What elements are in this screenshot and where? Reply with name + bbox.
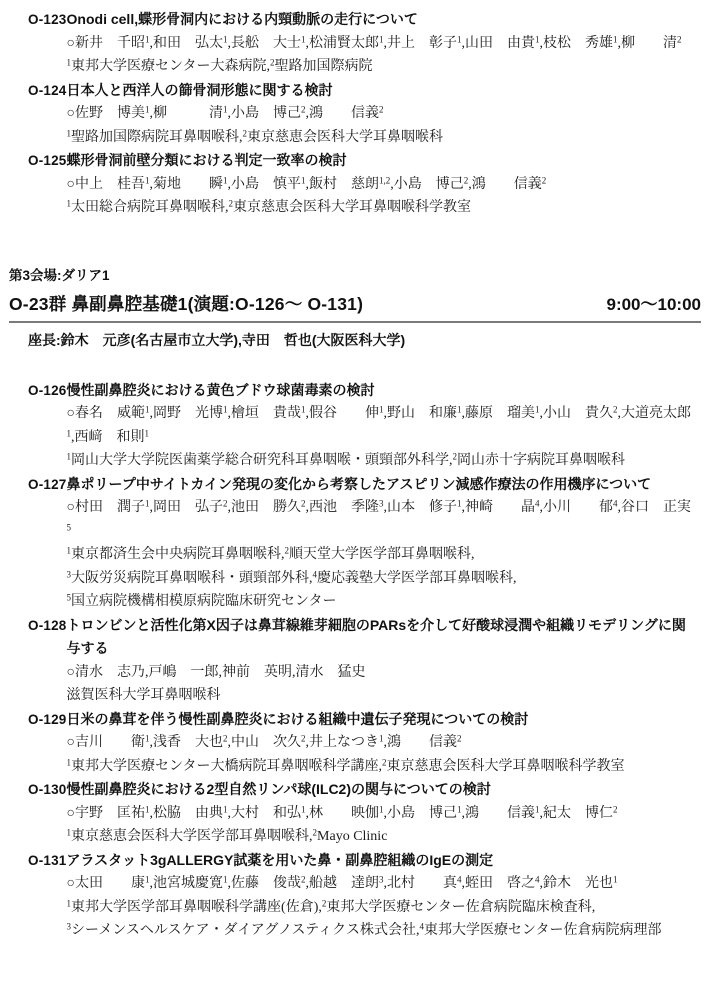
abstract-entry: O-129 日米の鼻茸を伴う慢性副鼻腔炎における組織中遺伝子発現についての検討 … bbox=[28, 708, 694, 779]
abstract-id: O-126 bbox=[28, 379, 67, 403]
abstract-entry: O-124 日本人と西洋人の篩骨洞形態に関する検討 ○佐野 博美1,柳 清1,小… bbox=[28, 79, 694, 150]
abstract-affiliations: 1東邦大学医療センター大橋病院耳鼻咽喉科学講座,2東京慈恵会医科大学耳鼻咽喉科学… bbox=[67, 755, 694, 779]
abstract-entry: O-130 慢性副鼻腔炎における2型自然リンパ球(ILC2)の関与についての検討… bbox=[28, 778, 694, 849]
abstract-authors: ○春名 威範1,岡野 光博1,檜垣 貴哉1,假谷 伸1,野山 和廉1,藤原 瑠美… bbox=[67, 402, 694, 449]
abstract-affiliations: 1東京慈恵会医科大学医学部耳鼻咽喉科,2Mayo Clinic bbox=[67, 825, 694, 849]
abstract-entry: O-123 Onodi cell,蝶形骨洞内における内頸動脈の走行について ○新… bbox=[28, 8, 694, 79]
abstract-affiliations: 1東邦大学医療センター大森病院,2聖路加国際病院 bbox=[67, 55, 694, 79]
abstract-authors: ○太田 康1,池宮城慶寛1,佐藤 俊哉2,船越 達朗3,北村 真4,蛭田 啓之4… bbox=[67, 872, 694, 896]
abstract-title: トロンビンと活性化第X因子は鼻茸線維芽細胞のPARsを介して好酸球浸潤や組織リモ… bbox=[67, 614, 694, 661]
abstract-authors: ○吉川 衛1,浅香 大也2,中山 次久2,井上なつき1,鴻 信義2 bbox=[67, 731, 694, 755]
affiliation-line: 1聖路加国際病院耳鼻咽喉科,2東京慈恵会医科大学耳鼻咽喉科 bbox=[67, 126, 694, 150]
affiliation-line: 滋賀医科大学耳鼻咽喉科 bbox=[67, 684, 694, 708]
abstract-entry: O-127 鼻ポリープ中サイトカイン発現の変化から考察したアスピリン減感作療法の… bbox=[28, 473, 694, 614]
session-venue: 第3会場:ダリア1 bbox=[9, 266, 701, 286]
abstract-affiliations: 1聖路加国際病院耳鼻咽喉科,2東京慈恵会医科大学耳鼻咽喉科 bbox=[67, 126, 694, 150]
abstract-title: 日本人と西洋人の篩骨洞形態に関する検討 bbox=[67, 79, 694, 103]
affiliation-line: 3大阪労災病院耳鼻咽喉科・頭頸部外科,4慶応義塾大学医学部耳鼻咽喉科, bbox=[67, 567, 694, 591]
abstract-affiliations: 1東京都済生会中央病院耳鼻咽喉科,2順天堂大学医学部耳鼻咽喉科,3大阪労災病院耳… bbox=[67, 543, 694, 614]
abstract-affiliations: 1太田総合病院耳鼻咽喉科,2東京慈恵会医科大学耳鼻咽喉科学教室 bbox=[67, 196, 694, 220]
abstract-body: 鼻ポリープ中サイトカイン発現の変化から考察したアスピリン減感作療法の作用機序につ… bbox=[67, 473, 694, 614]
abstract-list-top: O-123 Onodi cell,蝶形骨洞内における内頸動脈の走行について ○新… bbox=[0, 8, 710, 220]
abstract-entry: O-125 蝶形骨洞前壁分類における判定一致率の検討 ○中上 桂吾1,菊地 瞬1… bbox=[28, 149, 694, 220]
affiliation-line: 1岡山大学大学院医歯薬学総合研究科耳鼻咽喉・頭頸部外科学,2岡山赤十字病院耳鼻咽… bbox=[67, 449, 694, 473]
session-chairs: 座長:鈴木 元彦(名古屋市立大学),寺田 哲也(大阪医科大学) bbox=[9, 329, 701, 351]
abstract-body: 慢性副鼻腔炎における2型自然リンパ球(ILC2)の関与についての検討 ○宇野 匡… bbox=[67, 778, 694, 849]
abstract-title: Onodi cell,蝶形骨洞内における内頸動脈の走行について bbox=[67, 8, 694, 32]
abstract-body: 日本人と西洋人の篩骨洞形態に関する検討 ○佐野 博美1,柳 清1,小島 博己2,… bbox=[67, 79, 694, 150]
abstract-entry: O-131 アラスタット3gALLERGY試薬を用いた鼻・副鼻腔組織のIgEの測… bbox=[28, 849, 694, 943]
affiliation-line: 1東邦大学医学部耳鼻咽喉科学講座(佐倉),2東邦大学医療センター佐倉病院臨床検査… bbox=[67, 896, 694, 920]
affiliation-line: 1東京都済生会中央病院耳鼻咽喉科,2順天堂大学医学部耳鼻咽喉科, bbox=[67, 543, 694, 567]
abstract-list-session: O-126 慢性副鼻腔炎における黄色ブドウ球菌毒素の検討 ○春名 威範1,岡野 … bbox=[0, 379, 710, 943]
affiliation-line: 3シーメンスヘルスケア・ダイアグノスティクス株式会社,4東邦大学医療センター佐倉… bbox=[67, 919, 694, 943]
abstract-body: 日米の鼻茸を伴う慢性副鼻腔炎における組織中遺伝子発現についての検討 ○吉川 衛1… bbox=[67, 708, 694, 779]
affiliation-line: 1東邦大学医療センター大橋病院耳鼻咽喉科学講座,2東京慈恵会医科大学耳鼻咽喉科学… bbox=[67, 755, 694, 779]
abstract-id: O-125 bbox=[28, 149, 67, 173]
abstract-body: アラスタット3gALLERGY試薬を用いた鼻・副鼻腔組織のIgEの測定 ○太田 … bbox=[67, 849, 694, 943]
abstract-entry: O-126 慢性副鼻腔炎における黄色ブドウ球菌毒素の検討 ○春名 威範1,岡野 … bbox=[28, 379, 694, 473]
abstract-id: O-129 bbox=[28, 708, 67, 732]
abstract-id: O-123 bbox=[28, 8, 67, 32]
abstract-id: O-131 bbox=[28, 849, 67, 873]
session-header: 第3会場:ダリア1 O-23群 鼻副鼻腔基礎1(演題:O-126〜 O-131)… bbox=[0, 266, 710, 351]
abstract-authors: ○新井 千昭1,和田 弘太1,長舩 大士1,松浦賢太郎1,井上 彰子1,山田 由… bbox=[67, 32, 694, 56]
abstract-title: 慢性副鼻腔炎における2型自然リンパ球(ILC2)の関与についての検討 bbox=[67, 778, 694, 802]
abstract-body: 慢性副鼻腔炎における黄色ブドウ球菌毒素の検討 ○春名 威範1,岡野 光博1,檜垣… bbox=[67, 379, 694, 473]
session-title: O-23群 鼻副鼻腔基礎1(演題:O-126〜 O-131) bbox=[9, 292, 363, 316]
abstract-title: 蝶形骨洞前壁分類における判定一致率の検討 bbox=[67, 149, 694, 173]
abstract-body: Onodi cell,蝶形骨洞内における内頸動脈の走行について ○新井 千昭1,… bbox=[67, 8, 694, 79]
abstract-id: O-130 bbox=[28, 778, 67, 802]
affiliation-line: 1太田総合病院耳鼻咽喉科,2東京慈恵会医科大学耳鼻咽喉科学教室 bbox=[67, 196, 694, 220]
session-time: 9:00〜10:00 bbox=[606, 290, 701, 315]
session-title-row: O-23群 鼻副鼻腔基礎1(演題:O-126〜 O-131) 9:00〜10:0… bbox=[9, 290, 701, 316]
abstract-entry: O-128 トロンビンと活性化第X因子は鼻茸線維芽細胞のPARsを介して好酸球浸… bbox=[28, 614, 694, 708]
session-divider bbox=[9, 321, 701, 323]
abstract-id: O-124 bbox=[28, 79, 67, 103]
abstract-authors: ○中上 桂吾1,菊地 瞬1,小島 慎平1,飯村 慈朗1,2,小島 博己2,鴻 信… bbox=[67, 173, 694, 197]
affiliation-line: 1東邦大学医療センター大森病院,2聖路加国際病院 bbox=[67, 55, 694, 79]
abstract-title: 鼻ポリープ中サイトカイン発現の変化から考察したアスピリン減感作療法の作用機序につ… bbox=[67, 473, 694, 497]
abstract-authors: ○佐野 博美1,柳 清1,小島 博己2,鴻 信義2 bbox=[67, 102, 694, 126]
abstract-id: O-128 bbox=[28, 614, 67, 638]
abstract-affiliations: 滋賀医科大学耳鼻咽喉科 bbox=[67, 684, 694, 708]
affiliation-line: 5国立病院機構相模原病院臨床研究センター bbox=[67, 590, 694, 614]
abstract-title: アラスタット3gALLERGY試薬を用いた鼻・副鼻腔組織のIgEの測定 bbox=[67, 849, 694, 873]
abstract-title: 慢性副鼻腔炎における黄色ブドウ球菌毒素の検討 bbox=[67, 379, 694, 403]
abstract-authors: ○清水 志乃,戸嶋 一郎,神前 英明,清水 猛史 bbox=[67, 661, 694, 685]
abstract-body: 蝶形骨洞前壁分類における判定一致率の検討 ○中上 桂吾1,菊地 瞬1,小島 慎平… bbox=[67, 149, 694, 220]
abstract-affiliations: 1東邦大学医学部耳鼻咽喉科学講座(佐倉),2東邦大学医療センター佐倉病院臨床検査… bbox=[67, 896, 694, 943]
abstract-body: トロンビンと活性化第X因子は鼻茸線維芽細胞のPARsを介して好酸球浸潤や組織リモ… bbox=[67, 614, 694, 708]
abstract-title: 日米の鼻茸を伴う慢性副鼻腔炎における組織中遺伝子発現についての検討 bbox=[67, 708, 694, 732]
abstract-affiliations: 1岡山大学大学院医歯薬学総合研究科耳鼻咽喉・頭頸部外科学,2岡山赤十字病院耳鼻咽… bbox=[67, 449, 694, 473]
program-page: O-123 Onodi cell,蝶形骨洞内における内頸動脈の走行について ○新… bbox=[0, 0, 710, 943]
abstract-id: O-127 bbox=[28, 473, 67, 497]
affiliation-line: 1東京慈恵会医科大学医学部耳鼻咽喉科,2Mayo Clinic bbox=[67, 825, 694, 849]
abstract-authors: ○村田 潤子1,岡田 弘子2,池田 勝久2,西池 季隆3,山本 修子1,神崎 晶… bbox=[67, 496, 694, 543]
abstract-authors: ○宇野 匡祐1,松脇 由典1,大村 和弘1,林 映伽1,小島 博己1,鴻 信義1… bbox=[67, 802, 694, 826]
